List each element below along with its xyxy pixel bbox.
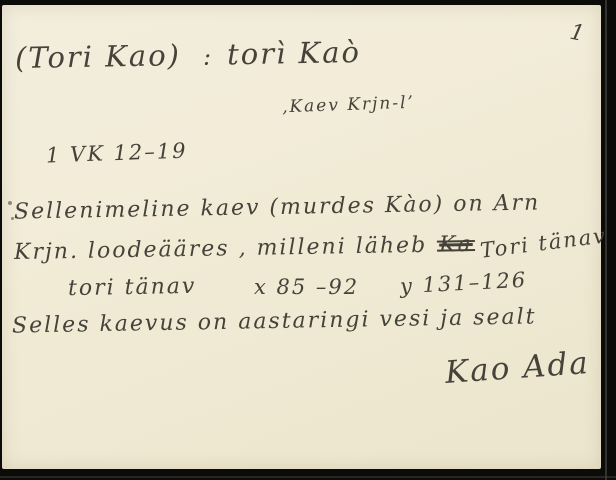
page-number: 1 bbox=[568, 22, 588, 47]
coordinate-x-value: x 85 –92 bbox=[254, 277, 359, 298]
paper-speck bbox=[11, 217, 14, 220]
title-variant-right: torì Kaò bbox=[227, 35, 361, 71]
scanner-edge-line bbox=[0, 476, 616, 478]
scanner-edge-line bbox=[605, 0, 607, 480]
body-line-4: Selles kaevus on aastaringi vesi ja seal… bbox=[12, 306, 537, 337]
margin-note: Tori tänav bbox=[479, 225, 608, 261]
card-title: (Tori Kao):torì Kaò bbox=[15, 38, 361, 73]
index-card: 1 (Tori Kao):torì Kaò ‚Kaev Krjn-l’ 1 VK… bbox=[2, 5, 601, 469]
struck-out-word: Ka bbox=[437, 234, 475, 257]
archive-reference: 1 VK 12–19 bbox=[46, 141, 188, 167]
card-subtitle: ‚Kaev Krjn-l’ bbox=[282, 95, 415, 117]
coordinate-place-label: tori tänav bbox=[68, 276, 197, 300]
body-line-2-text: Krjn. loodeääres , milleni läheb bbox=[14, 233, 428, 265]
scanned-card-image: 1 (Tori Kao):torì Kaò ‚Kaev Krjn-l’ 1 VK… bbox=[0, 0, 616, 480]
signature: Kao Ada bbox=[444, 348, 591, 389]
title-variant-left: (Tori Kao) bbox=[15, 38, 182, 75]
body-line-1: Sellenimeline kaev (murdes Kào) on Arn bbox=[14, 192, 541, 223]
title-separator: : bbox=[181, 42, 228, 71]
paper-speck bbox=[8, 201, 12, 205]
body-line-2: Krjn. loodeääres , milleni lähebKa bbox=[14, 234, 475, 264]
coordinate-y-value: y 131–126 bbox=[400, 270, 528, 298]
